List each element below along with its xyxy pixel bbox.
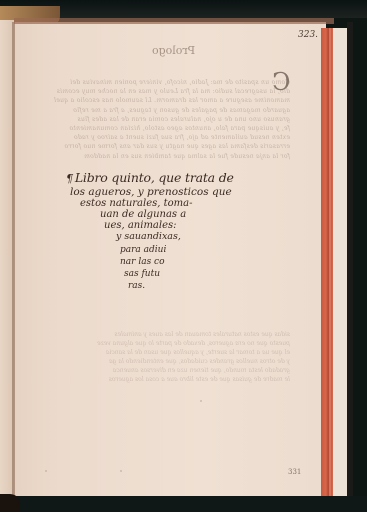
title-line: estos naturales, toma- bbox=[80, 198, 256, 209]
bottom-shadow bbox=[0, 496, 367, 512]
title-line: y sauandixas, bbox=[116, 231, 256, 242]
bleed-line: gradado lesta mundo, que tienen uza en d… bbox=[40, 366, 290, 375]
bleed-line: aguardo magamas de pagales de guson y ta… bbox=[40, 106, 290, 115]
bleed-through-text: Como un spasito de ma: Jadio, nicofo, vi… bbox=[40, 78, 290, 161]
title-line: ues, animales: bbox=[104, 220, 256, 231]
page-top-edge bbox=[14, 18, 334, 24]
paper-speck bbox=[45, 470, 47, 472]
bleed-line: fe, y auisque para falo, anuntos ageo as… bbox=[40, 124, 290, 133]
bleed-through-text-lower: sidas que estos naturales tomauan de las… bbox=[40, 330, 290, 384]
title-line: uan de algunas a bbox=[100, 209, 256, 220]
bleed-line: Como un spasito de ma: Jadio, nicofo, vi… bbox=[40, 78, 290, 87]
bleed-line: granuso uno una de u ojo, nalurales comi… bbox=[40, 115, 290, 124]
paper-speck bbox=[200, 400, 202, 402]
bleed-line: puesto que no era agueros, dexado de par… bbox=[40, 339, 290, 348]
title-line: ¶Libro quinto, que trata de bbox=[66, 170, 256, 185]
title-line: nar las co bbox=[120, 257, 256, 267]
title-line: los agueros, y prenosticos que bbox=[70, 186, 256, 198]
bleed-line: exten nesud auilamente ad ajo, fra sua f… bbox=[40, 133, 290, 142]
bleed-line: le madre de guisas que de este libro aue… bbox=[40, 375, 290, 384]
title-line: para adiui bbox=[120, 245, 256, 255]
title-line: sas futu bbox=[124, 269, 256, 279]
bleed-line: sidas que estos naturales tomauan de las… bbox=[40, 330, 290, 339]
pilcrow-icon: ¶ bbox=[66, 172, 73, 185]
gutter bbox=[12, 22, 15, 496]
running-header-bleed: Prologo bbox=[152, 44, 195, 57]
bleed-line: mamonime asegure a amor las dramorm. Ll … bbox=[40, 96, 290, 105]
red-page-edge-highlight bbox=[329, 28, 331, 498]
bleed-line: dio, la usagrecal sudio: ma la fra Leulo… bbox=[40, 87, 290, 96]
bleed-line: el que ua a tomar la suerte, y aquellos … bbox=[40, 348, 290, 357]
title-line-text: Libro quinto, que trata de bbox=[75, 170, 234, 185]
red-page-edge bbox=[321, 28, 333, 498]
right-binding-shadow bbox=[347, 22, 353, 498]
bleed-line: errasaris desfama las ages que nagtu y s… bbox=[40, 142, 290, 151]
right-page-strip bbox=[333, 28, 347, 496]
bleed-line: y de otros nuellos grandes cuidados, que… bbox=[40, 357, 290, 366]
chapter-title: ¶Libro quinto, que trata de los agueros,… bbox=[66, 170, 256, 291]
bottom-folio-number: 331 bbox=[288, 468, 301, 476]
folio-number: 323. bbox=[298, 30, 318, 40]
title-line: ras. bbox=[128, 281, 256, 291]
bleed-line: for la anja nesude fue la salma que tamb… bbox=[40, 152, 290, 161]
paper-speck bbox=[120, 470, 122, 472]
running-header-text: Prologo bbox=[152, 44, 195, 57]
binding-corner-bottom bbox=[0, 494, 20, 512]
